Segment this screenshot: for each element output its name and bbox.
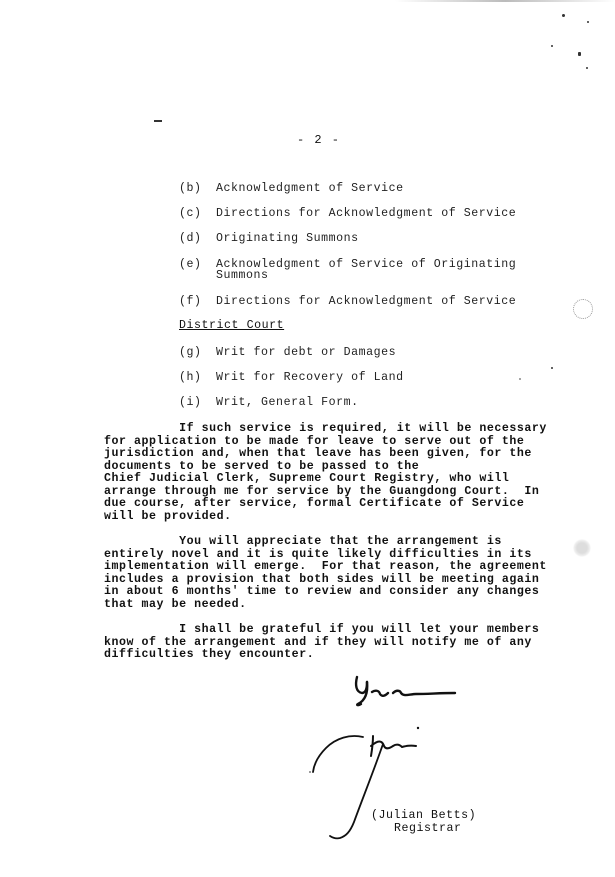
list-item-label: (i) — [179, 397, 216, 409]
list-item-label: (f) — [179, 296, 216, 308]
document-page: - 2 - (b)Acknowledgment of Service (c)Di… — [0, 0, 615, 877]
list-item: (i)Writ, General Form. — [179, 397, 359, 409]
paragraph-line: that may be needed. — [104, 599, 247, 611]
list-item: (b)Acknowledgment of Service — [179, 183, 404, 195]
paragraph-line: due course, after service, formal Certif… — [104, 498, 524, 510]
list-item-text: Directions for Acknowledgment of Service — [216, 207, 516, 220]
scan-dash — [154, 120, 162, 122]
scan-speck — [551, 367, 553, 369]
paragraph-line: difficulties they encounter. — [104, 649, 314, 661]
paragraph-line: I shall be grateful if you will let your… — [104, 624, 539, 636]
handwritten-signature — [300, 660, 500, 870]
signatory-name: (Julian Betts) — [371, 810, 476, 822]
paragraph-line: If such service is required, it will be … — [104, 423, 547, 435]
scan-speck — [586, 67, 588, 69]
list-item-text: Writ, General Form. — [216, 396, 359, 409]
list-item-text: Writ for debt or Damages — [216, 346, 396, 359]
list-item-label: (e) — [179, 259, 216, 271]
list-item-label: (d) — [179, 233, 216, 245]
paragraph-line: in about 6 months' time to review and co… — [104, 586, 539, 598]
list-item-text: Directions for Acknowledgment of Service — [216, 295, 516, 308]
list-item-text: Writ for Recovery of Land — [216, 371, 404, 384]
section-heading-district-court: District Court — [179, 320, 284, 332]
list-item: (c)Directions for Acknowledgment of Serv… — [179, 208, 516, 220]
list-item-label: (c) — [179, 208, 216, 220]
paragraph-line: jurisdiction and, when that leave has be… — [104, 448, 532, 460]
paragraph-line: implementation will emerge. For that rea… — [104, 561, 547, 573]
paragraph-line: You will appreciate that the arrangement… — [104, 536, 502, 548]
paragraph-line: Chief Judicial Clerk, Supreme Court Regi… — [104, 473, 509, 485]
scan-speck — [519, 378, 521, 380]
punch-hole-mark — [573, 539, 591, 557]
list-item: (g)Writ for debt or Damages — [179, 347, 396, 359]
list-item: (d)Originating Summons — [179, 233, 359, 245]
signatory-title: Registrar — [394, 823, 462, 835]
paragraph-line: will be provided. — [104, 511, 232, 523]
list-item-text: Acknowledgment of Service — [216, 182, 404, 195]
list-item-text: Originating Summons — [216, 232, 359, 245]
list-item-label: (h) — [179, 372, 216, 384]
punch-hole-mark — [573, 299, 593, 319]
page-number: - 2 - — [297, 134, 341, 146]
list-item-continuation: Summons — [216, 270, 269, 282]
list-item-label: (b) — [179, 183, 216, 195]
scan-speck — [578, 52, 581, 56]
scan-speck — [562, 14, 565, 17]
scan-speck — [551, 45, 553, 47]
list-item: (h)Writ for Recovery of Land — [179, 372, 404, 384]
scan-speck — [587, 21, 589, 23]
list-item: (f)Directions for Acknowledgment of Serv… — [179, 296, 516, 308]
scan-edge-artifact — [395, 0, 615, 2]
list-item-label: (g) — [179, 347, 216, 359]
